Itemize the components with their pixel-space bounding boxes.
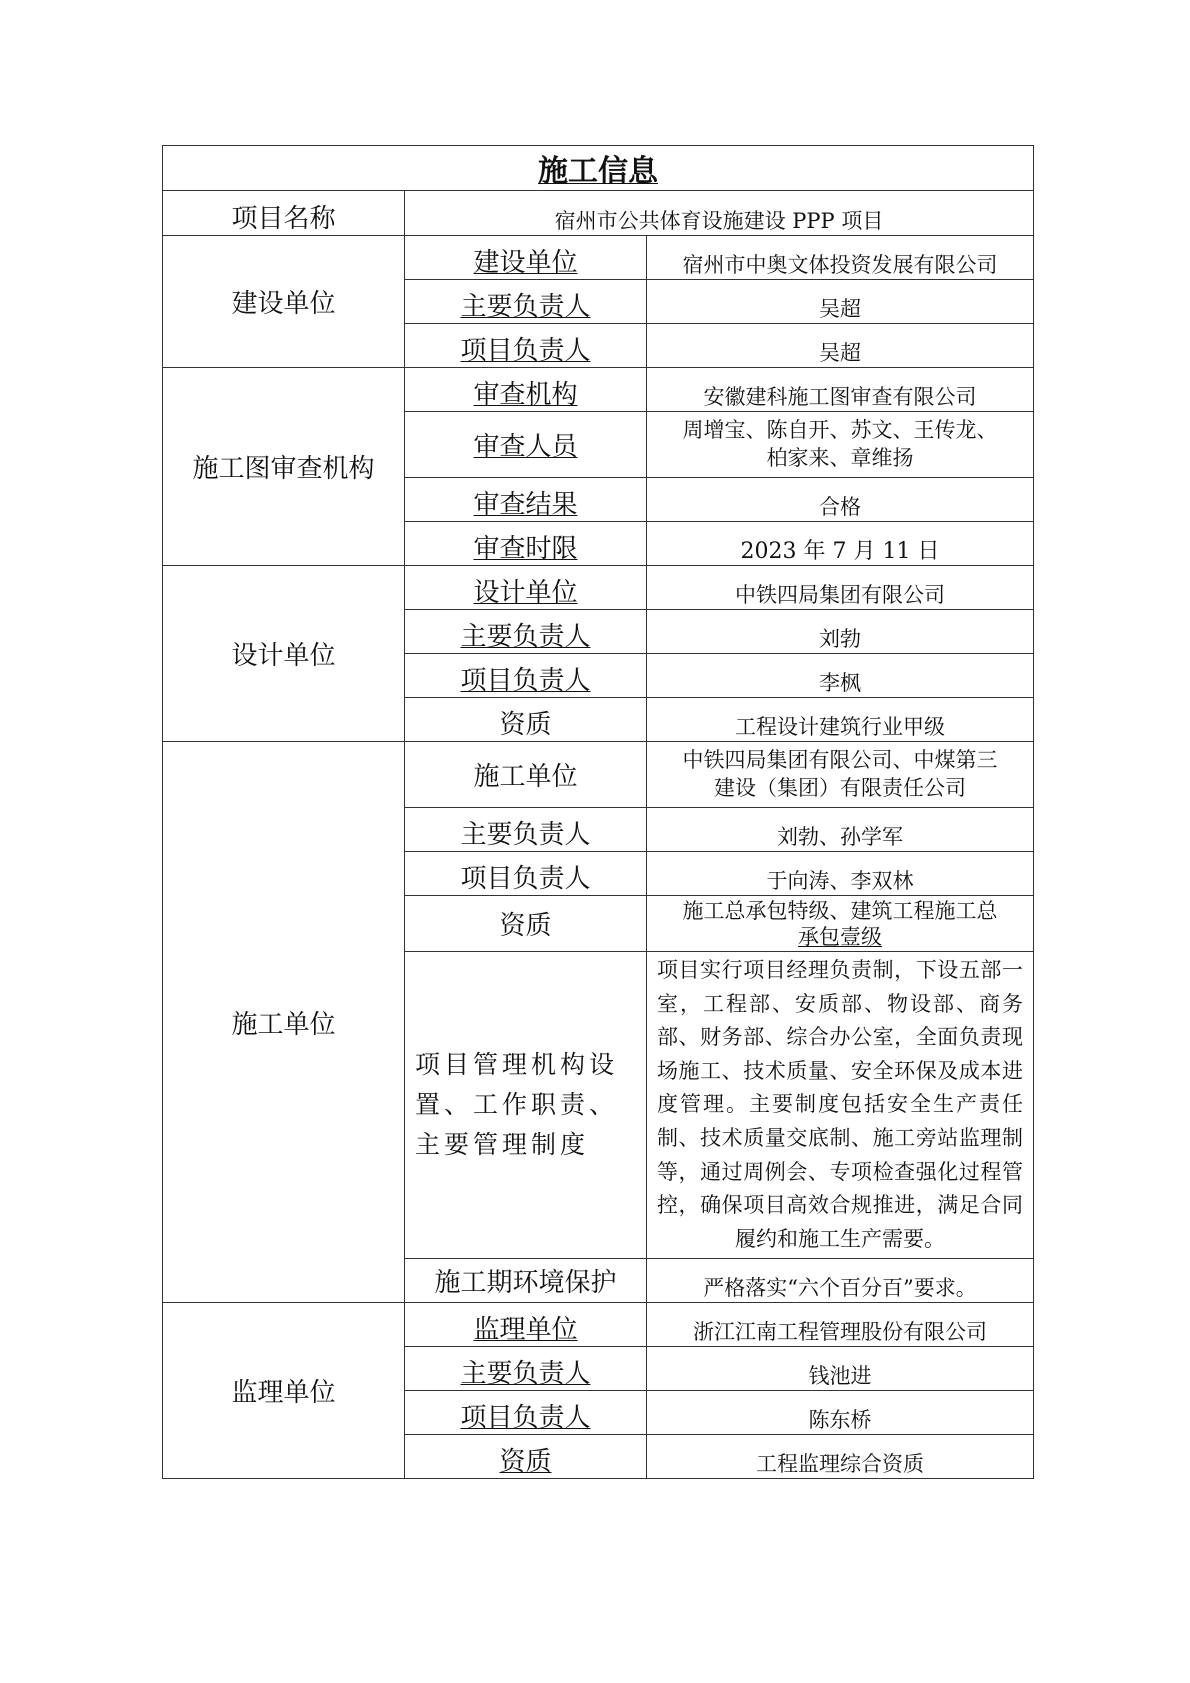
section-label-owner: 建设单位 (163, 236, 405, 368)
row-value: 刘勃 (647, 610, 1034, 654)
row-label: 项目管理机构设置、工作职责、主要管理制度 (405, 952, 647, 1259)
section-label-drawing-review: 施工图审查机构 (163, 368, 405, 566)
row-label: 设计单位 (405, 566, 647, 610)
project-name-value: 宿州市公共体育设施建设 PPP 项目 (405, 191, 1034, 236)
table-row: 建设单位 建设单位 宿州市中奥文体投资发展有限公司 (163, 236, 1034, 280)
row-label: 项目负责人 (405, 654, 647, 698)
row-label: 监理单位 (405, 1303, 647, 1347)
row-label: 施工单位 (405, 742, 647, 808)
section-label-design: 设计单位 (163, 566, 405, 742)
row-label: 主要负责人 (405, 808, 647, 852)
construction-info-document: 施工信息 项目名称 宿州市公共体育设施建设 PPP 项目 建设单位 建设单位 宿… (162, 145, 1034, 1479)
row-value: 工程设计建筑行业甲级 (647, 698, 1034, 742)
row-value: 于向涛、李双林 (647, 852, 1034, 896)
row-label: 主要负责人 (405, 610, 647, 654)
title-row: 施工信息 (163, 146, 1034, 191)
row-value: 工程监理综合资质 (647, 1435, 1034, 1479)
row-label: 建设单位 (405, 236, 647, 280)
row-value: 李枫 (647, 654, 1034, 698)
row-label: 资质 (405, 698, 647, 742)
table-row: 设计单位 设计单位 中铁四局集团有限公司 (163, 566, 1034, 610)
row-value: 施工总承包特级、建筑工程施工总 承包壹级 (647, 896, 1034, 952)
row-label: 主要负责人 (405, 1347, 647, 1391)
row-label: 项目负责人 (405, 852, 647, 896)
row-label: 审查人员 (405, 412, 647, 478)
row-label: 主要负责人 (405, 280, 647, 324)
table-title: 施工信息 (163, 146, 1034, 191)
row-value: 浙江江南工程管理股份有限公司 (647, 1303, 1034, 1347)
row-value: 吴超 (647, 280, 1034, 324)
row-value: 吴超 (647, 324, 1034, 368)
row-label: 审查机构 (405, 368, 647, 412)
row-label: 审查结果 (405, 478, 647, 522)
row-value: 中铁四局集团有限公司、中煤第三 建设（集团）有限责任公司 (647, 742, 1034, 808)
row-value: 周增宝、陈自开、苏文、王传龙、 柏家来、章维扬 (647, 412, 1034, 478)
row-value: 项目实行项目经理负责制，下设五部一室，工程部、安质部、物设部、商务部、财务部、综… (647, 952, 1034, 1259)
row-value: 合格 (647, 478, 1034, 522)
row-label: 资质 (405, 896, 647, 952)
construction-info-table: 施工信息 项目名称 宿州市公共体育设施建设 PPP 项目 建设单位 建设单位 宿… (162, 145, 1034, 1479)
project-name-row: 项目名称 宿州市公共体育设施建设 PPP 项目 (163, 191, 1034, 236)
row-label: 项目负责人 (405, 324, 647, 368)
row-label: 项目负责人 (405, 1391, 647, 1435)
project-name-label: 项目名称 (163, 191, 405, 236)
row-value: 钱池进 (647, 1347, 1034, 1391)
row-value: 刘勃、孙学军 (647, 808, 1034, 852)
section-label-supervisor: 监理单位 (163, 1303, 405, 1479)
table-row: 施工图审查机构 审查机构 安徽建科施工图审查有限公司 (163, 368, 1034, 412)
table-row: 施工单位 施工单位 中铁四局集团有限公司、中煤第三 建设（集团）有限责任公司 (163, 742, 1034, 808)
row-value: 2023 年 7 月 11 日 (647, 522, 1034, 566)
row-value: 严格落实“六个百分百”要求。 (647, 1259, 1034, 1303)
row-value: 陈东桥 (647, 1391, 1034, 1435)
row-label: 审查时限 (405, 522, 647, 566)
row-value: 宿州市中奥文体投资发展有限公司 (647, 236, 1034, 280)
row-value: 安徽建科施工图审查有限公司 (647, 368, 1034, 412)
row-value: 中铁四局集团有限公司 (647, 566, 1034, 610)
row-label: 资质 (405, 1435, 647, 1479)
table-row: 监理单位 监理单位 浙江江南工程管理股份有限公司 (163, 1303, 1034, 1347)
section-label-contractor: 施工单位 (163, 742, 405, 1303)
row-label: 施工期环境保护 (405, 1259, 647, 1303)
